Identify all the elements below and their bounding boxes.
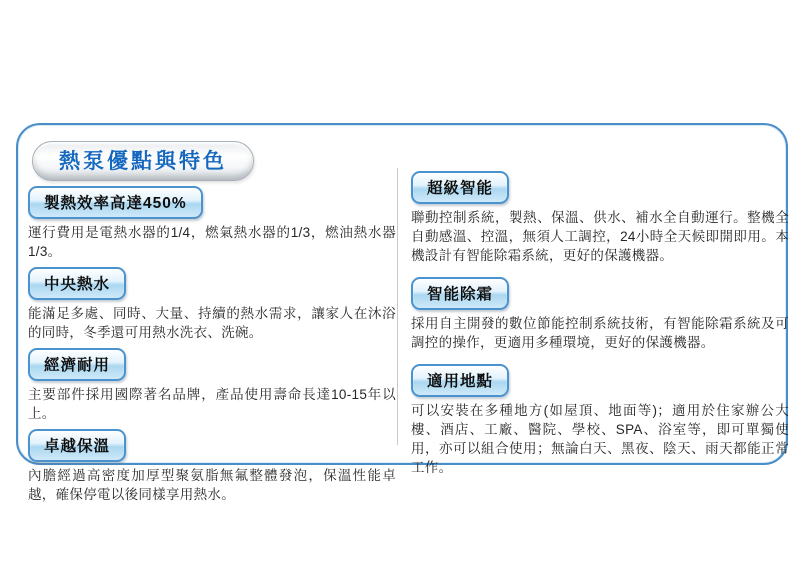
section-heading: 適用地點 <box>427 373 493 390</box>
section-heading: 製熱效率高達450% <box>44 195 187 212</box>
section-body: 聯動控制系統，製熱、保溫、供水、補水全自動運行。整機全自動感溫、控溫，無須人工調… <box>411 208 789 265</box>
section-superior-insulation: 卓越保溫 內膽經過高密度加厚型聚氨脂無氟整體發泡，保溫性能卓越，確保停電以後同樣… <box>28 429 396 504</box>
section-super-intelligent: 超級智能 聯動控制系統，製熱、保溫、供水、補水全自動運行。整機全自動感溫、控溫，… <box>411 171 789 265</box>
page-title: 熱泵優點與特色 <box>59 150 227 173</box>
section-heading-badge: 經濟耐用 <box>28 348 126 381</box>
section-applicable-locations: 適用地點 可以安裝在多種地方(如屋頂、地面等)；適用於住家辦公大樓、酒店、工廠、… <box>411 364 789 477</box>
section-body: 運行費用是電熱水器的1/4，燃氣熱水器的1/3，燃油熱水器1/3。 <box>28 223 396 261</box>
section-heading: 智能除霜 <box>427 286 493 303</box>
section-heading-badge: 超級智能 <box>411 171 509 204</box>
section-heading-badge: 製熱效率高達450% <box>28 186 203 219</box>
section-heading-badge: 智能除霜 <box>411 277 509 310</box>
section-smart-defrost: 智能除霜 採用自主開發的數位節能控制系統技術，有智能除霜系統及可調控的操作，更適… <box>411 277 789 352</box>
section-economical-durable: 經濟耐用 主要部件採用國際著名品牌，產品使用壽命長達10-15年以上。 <box>28 348 396 423</box>
section-body: 採用自主開發的數位節能控制系統技術，有智能除霜系統及可調控的操作，更適用多種環境… <box>411 314 789 352</box>
section-heading: 超級智能 <box>427 180 493 197</box>
section-heading: 卓越保溫 <box>44 438 110 455</box>
section-body: 內膽經過高密度加厚型聚氨脂無氟整體發泡，保溫性能卓越，確保停電以後同樣享用熱水。 <box>28 466 396 504</box>
section-heading: 經濟耐用 <box>44 357 110 374</box>
page-title-badge: 熱泵優點與特色 <box>32 141 254 181</box>
section-heading-badge: 適用地點 <box>411 364 509 397</box>
section-heading-badge: 中央熱水 <box>28 267 126 300</box>
section-central-hot-water: 中央熱水 能滿足多處、同時、大量、持續的熱水需求，讓家人在沐浴的同時，冬季還可用… <box>28 267 396 342</box>
section-heading-badge: 卓越保溫 <box>28 429 126 462</box>
section-heading: 中央熱水 <box>44 276 110 293</box>
section-body: 能滿足多處、同時、大量、持續的熱水需求，讓家人在沐浴的同時，冬季還可用熱水洗衣、… <box>28 304 396 342</box>
right-column: 超級智能 聯動控制系統，製熱、保溫、供水、補水全自動運行。整機全自動感溫、控溫，… <box>411 171 789 489</box>
left-column: 製熱效率高達450% 運行費用是電熱水器的1/4，燃氣熱水器的1/3，燃油熱水器… <box>28 186 396 510</box>
section-body: 主要部件採用國際著名品牌，產品使用壽命長達10-15年以上。 <box>28 385 396 423</box>
section-body: 可以安裝在多種地方(如屋頂、地面等)；適用於住家辦公大樓、酒店、工廠、醫院、學校… <box>411 401 789 477</box>
column-divider <box>397 168 398 445</box>
feature-panel: 熱泵優點與特色 製熱效率高達450% 運行費用是電熱水器的1/4，燃氣熱水器的1… <box>16 123 788 465</box>
section-heating-efficiency: 製熱效率高達450% 運行費用是電熱水器的1/4，燃氣熱水器的1/3，燃油熱水器… <box>28 186 396 261</box>
